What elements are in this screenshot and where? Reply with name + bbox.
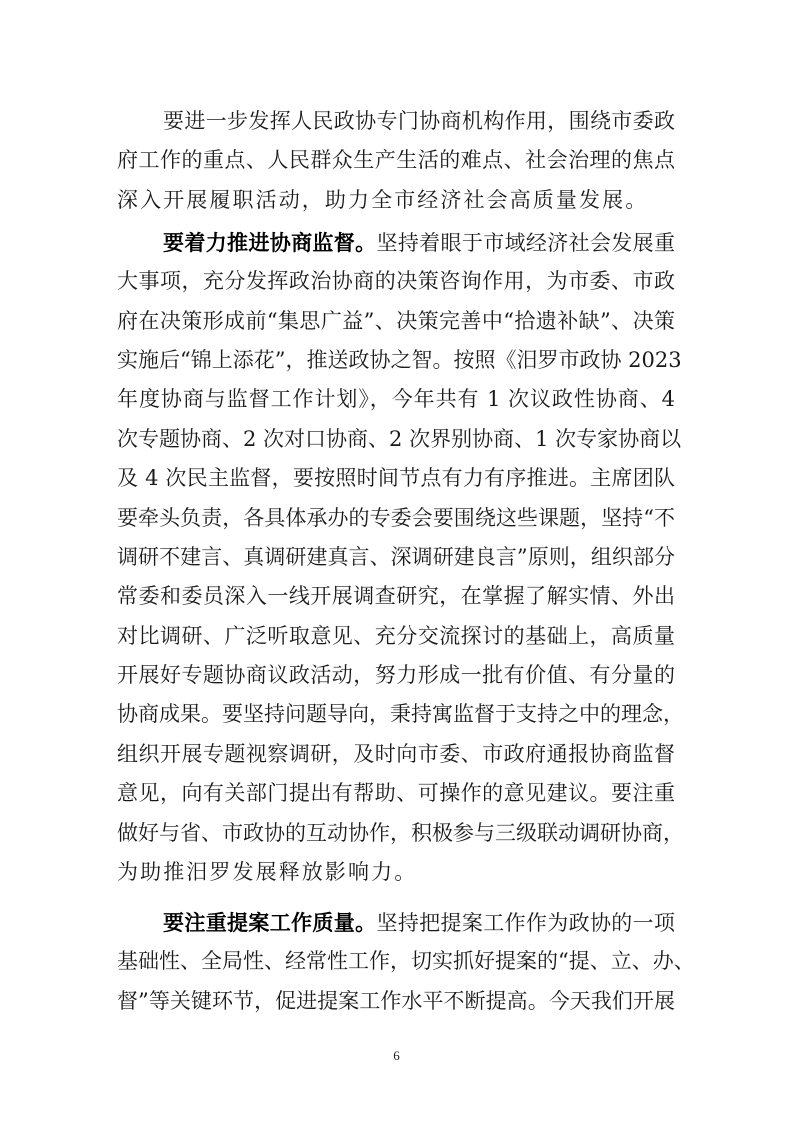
paragraph-proposal-quality: 要注重提案工作质量。坚持把提案工作作为政协的一项 基础性、全局性、经常性工作，切… — [117, 903, 675, 1021]
document-page: 要进一步发挥人民政协专门协商机构作用，围绕市委政 府工作的重点、人民群众生产生活… — [0, 0, 793, 1122]
text-line: 协商成果。要坚持问题导向，秉持寓监督于支持之中的理念， — [117, 695, 675, 734]
body-text: 要进一步发挥人民政协专门协商机构作用，围绕市委政 府工作的重点、人民群众生产生活… — [117, 102, 675, 1021]
paragraph-heading: 要注重提案工作质量。 — [163, 910, 376, 935]
text-line: 要牵头负责，各具体承办的专委会要围绕这些课题，坚持“不 — [117, 499, 675, 538]
text-line: 要着力推进协商监督。坚持着眼于市域经济社会发展重 — [117, 223, 675, 262]
text-line-rest: 坚持着眼于市域经济社会发展重 — [376, 231, 675, 255]
text-line: 调研不建言、真调研建真言、深调研建良言”原则，组织部分 — [117, 538, 675, 577]
paragraph-heading: 要着力推进协商监督。 — [163, 230, 376, 255]
text-line: 意见，向有关部门提出有帮助、可操作的意见建议。要注重 — [117, 774, 675, 813]
text-line: 大事项，充分发挥政治协商的决策咨询作用，为市委、市政 — [117, 262, 675, 301]
text-line: 要进一步发挥人民政协专门协商机构作用，围绕市委政 — [117, 102, 675, 141]
text-line: 要注重提案工作质量。坚持把提案工作作为政协的一项 — [117, 903, 675, 942]
text-line: 组织开展专题视察调研，及时向市委、市政府通报协商监督 — [117, 735, 675, 774]
text-line: 督”等关键环节，促进提案工作水平不断提高。今天我们开展 — [117, 982, 675, 1021]
text-line: 实施后“锦上添花”，推送政协之智。按照《汨罗市政协 2023 — [117, 341, 675, 380]
text-line: 做好与省、市政协的互动协作，积极参与三级联动调研协商， — [117, 814, 675, 853]
text-line-rest: 坚持把提案工作作为政协的一项 — [376, 911, 675, 935]
text-line: 基础性、全局性、经常性工作，切实抓好提案的“提、立、办、 — [117, 942, 675, 981]
paragraph-consultation-supervision: 要着力推进协商监督。坚持着眼于市域经济社会发展重 大事项，充分发挥政治协商的决策… — [117, 223, 675, 893]
text-line: 开展好专题协商议政活动，努力形成一批有价值、有分量的 — [117, 656, 675, 695]
text-line: 为助推汨罗发展释放影响力。 — [117, 853, 675, 892]
text-line: 年度协商与监督工作计划》，今年共有 1 次议政性协商、4 — [117, 380, 675, 419]
paragraph-intro: 要进一步发挥人民政协专门协商机构作用，围绕市委政 府工作的重点、人民群众生产生活… — [117, 102, 675, 220]
text-line: 对比调研、广泛听取意见、充分交流探讨的基础上，高质量 — [117, 617, 675, 656]
text-line: 深入开展履职活动，助力全市经济社会高质量发展。 — [117, 181, 675, 220]
text-line: 府在决策形成前“集思广益”、决策完善中“拾遗补缺”、决策 — [117, 302, 675, 341]
page-number: 6 — [0, 1048, 793, 1064]
text-line: 次专题协商、2 次对口协商、2 次界别协商、1 次专家协商以 — [117, 420, 675, 459]
text-line: 及 4 次民主监督，要按照时间节点有力有序推进。主席团队 — [117, 459, 675, 498]
text-line: 常委和委员深入一线开展调查研究，在掌握了解实情、外出 — [117, 577, 675, 616]
text-line: 府工作的重点、人民群众生产生活的难点、社会治理的焦点 — [117, 141, 675, 180]
